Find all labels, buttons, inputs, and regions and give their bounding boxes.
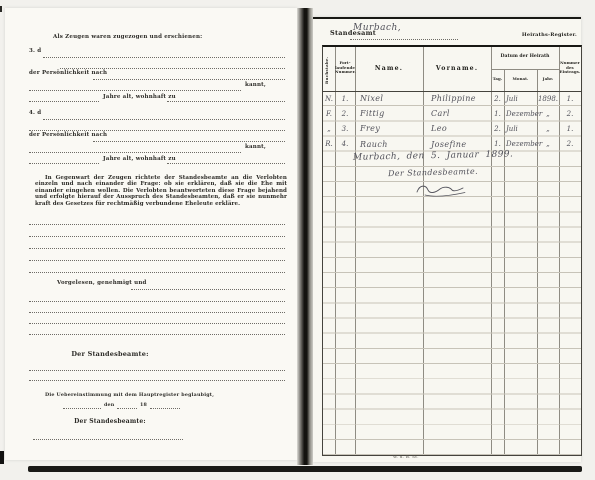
column-header-first-name: Vorname. xyxy=(423,65,491,72)
identity-label-4: der Persönlichkeit nach xyxy=(29,132,107,138)
cell-first-name: Philippine xyxy=(423,94,491,103)
blank-line xyxy=(29,323,285,324)
scan-edge-mark xyxy=(0,6,2,12)
column-header-month: Monat. xyxy=(504,77,537,82)
cell-first-name: Carl xyxy=(423,109,491,118)
read-approved-label: Vorgelesen, genehmigt und xyxy=(57,280,147,286)
blank-line xyxy=(60,68,285,69)
cell-number: 3. xyxy=(335,125,355,133)
binding-gutter xyxy=(297,8,313,465)
blank-line xyxy=(29,90,241,91)
witness4-prefix: 4. d xyxy=(29,110,41,116)
blank-line xyxy=(29,301,285,302)
office-name-handwritten: Murbach, xyxy=(353,23,463,33)
registrar-label-2: Der Standesbeamte: xyxy=(60,418,160,425)
blank-line xyxy=(29,380,285,381)
date-word-den: den xyxy=(104,402,115,408)
column-header-name: Name. xyxy=(355,65,423,72)
blank-line xyxy=(29,101,99,102)
cell-month: Juli xyxy=(504,95,537,103)
blank-line xyxy=(33,439,183,440)
scanned-register-spread: Als Zeugen waren zugezogen und erschiene… xyxy=(0,0,595,480)
cell-name: Frey xyxy=(355,124,423,133)
date-year-prefix: 18 xyxy=(140,402,147,408)
blank-line xyxy=(131,289,285,290)
witnesses-heading: Als Zeugen waren zugezogen und erschiene… xyxy=(53,34,202,40)
scan-bottom-shadow xyxy=(28,466,582,472)
scan-edge-mark xyxy=(0,451,4,464)
witness3-prefix: 3. d xyxy=(29,48,41,54)
index-table: Buchstabe. Fort- laufende Nummer. Name. … xyxy=(322,45,582,456)
blank-line xyxy=(93,141,285,142)
cell-month: Dezember xyxy=(504,110,537,118)
cell-letter: N. xyxy=(323,95,335,103)
age-residence-label-4: Jahre alt, wohnhaft zu xyxy=(103,156,176,162)
cell-day: 2. xyxy=(491,125,504,133)
column-header-date-group: Datum der Heirath xyxy=(491,54,559,59)
blank-line xyxy=(93,79,285,80)
cell-letter: F. xyxy=(323,110,335,118)
column-header-running-number: Fort- laufende Nummer. xyxy=(335,61,355,75)
cell-year: „ xyxy=(537,110,559,118)
registrar-label: Der Standesbeamte: xyxy=(65,350,155,358)
column-header-entry-number: Nummer des Eintrags. xyxy=(559,61,581,75)
blank-line xyxy=(29,130,285,131)
blank-line xyxy=(117,408,137,409)
blank-line xyxy=(29,236,285,237)
blank-line xyxy=(167,163,285,164)
cell-number: 2. xyxy=(335,110,355,118)
cell-year: „ xyxy=(537,140,559,148)
blank-line xyxy=(29,224,285,225)
known-suffix-4: kannt, xyxy=(245,144,266,150)
blank-line xyxy=(43,119,285,120)
cell-first-name: Josefine xyxy=(423,140,491,149)
cell-name: Nixel xyxy=(355,94,423,103)
cell-letter: R. xyxy=(323,140,335,148)
identity-label-3: der Persönlichkeit nach xyxy=(29,70,107,76)
blank-line xyxy=(29,272,285,273)
date-group-divider xyxy=(491,69,559,70)
blank-line xyxy=(29,260,285,261)
cell-year: „ xyxy=(537,125,559,133)
cell-letter: „ xyxy=(323,125,335,133)
right-page-index: Standesamt Murbach, Heiraths-Register. B… xyxy=(313,17,581,462)
cell-day: 1. xyxy=(491,140,504,148)
cell-entry-number: 1. xyxy=(559,125,581,133)
cell-first-name: Leo xyxy=(423,124,491,133)
certification-label: Die Uebereinstimmung mit dem Hauptregist… xyxy=(45,392,214,398)
column-header-day: Tag. xyxy=(491,77,504,82)
cell-entry-number: 2. xyxy=(559,110,581,118)
blank-line xyxy=(167,101,285,102)
blank-line xyxy=(29,163,99,164)
blank-line xyxy=(43,57,285,58)
table-row: R. 4. Rauch Josefine 1. Dezember „ 2. xyxy=(323,137,581,152)
column-header-year: Jahr. xyxy=(537,77,559,82)
cell-number: 4. xyxy=(335,140,355,148)
table-row: N. 1. Nixel Philippine 2. Juli 1898. 1. xyxy=(323,91,581,106)
cell-number: 1. xyxy=(335,95,355,103)
blank-line xyxy=(150,408,180,409)
known-suffix-3: kannt, xyxy=(245,82,266,88)
left-page-form: Als Zeugen waren zugezogen und erschiene… xyxy=(5,8,297,460)
blank-line xyxy=(29,370,285,371)
blank-line xyxy=(63,408,101,409)
cell-year: 1898. xyxy=(537,95,559,103)
cell-name: Rauch xyxy=(355,140,423,149)
cell-month: Juli xyxy=(504,125,537,133)
blank-line xyxy=(29,312,285,313)
cell-name: Fittig xyxy=(355,109,423,118)
cell-day: 2. xyxy=(491,95,504,103)
blank-line xyxy=(350,39,458,40)
blank-line xyxy=(29,152,241,153)
header-line: Eintrags. xyxy=(559,70,581,75)
cell-month: Dezember xyxy=(504,140,537,148)
printer-imprint: W. u. B. St. xyxy=(393,454,419,459)
header-line: Nummer. xyxy=(335,70,355,75)
age-residence-label-3: Jahre alt, wohnhaft zu xyxy=(103,94,176,100)
blank-line xyxy=(29,248,285,249)
table-row: „ 3. Frey Leo 2. Juli „ 1. xyxy=(323,121,581,136)
signature-scribble xyxy=(413,181,475,199)
cell-day: 1. xyxy=(491,110,504,118)
declaration-paragraph: In Gegenwart der Zeugen richtete der Sta… xyxy=(35,175,287,207)
cell-entry-number: 2. xyxy=(559,140,581,148)
cell-entry-number: 1. xyxy=(559,95,581,103)
column-header-letter: Buchstabe. xyxy=(324,50,329,90)
register-title: Heiraths-Register. xyxy=(522,32,577,38)
blank-line xyxy=(29,334,285,335)
table-row: F. 2. Fittig Carl 1. Dezember „ 2. xyxy=(323,106,581,121)
